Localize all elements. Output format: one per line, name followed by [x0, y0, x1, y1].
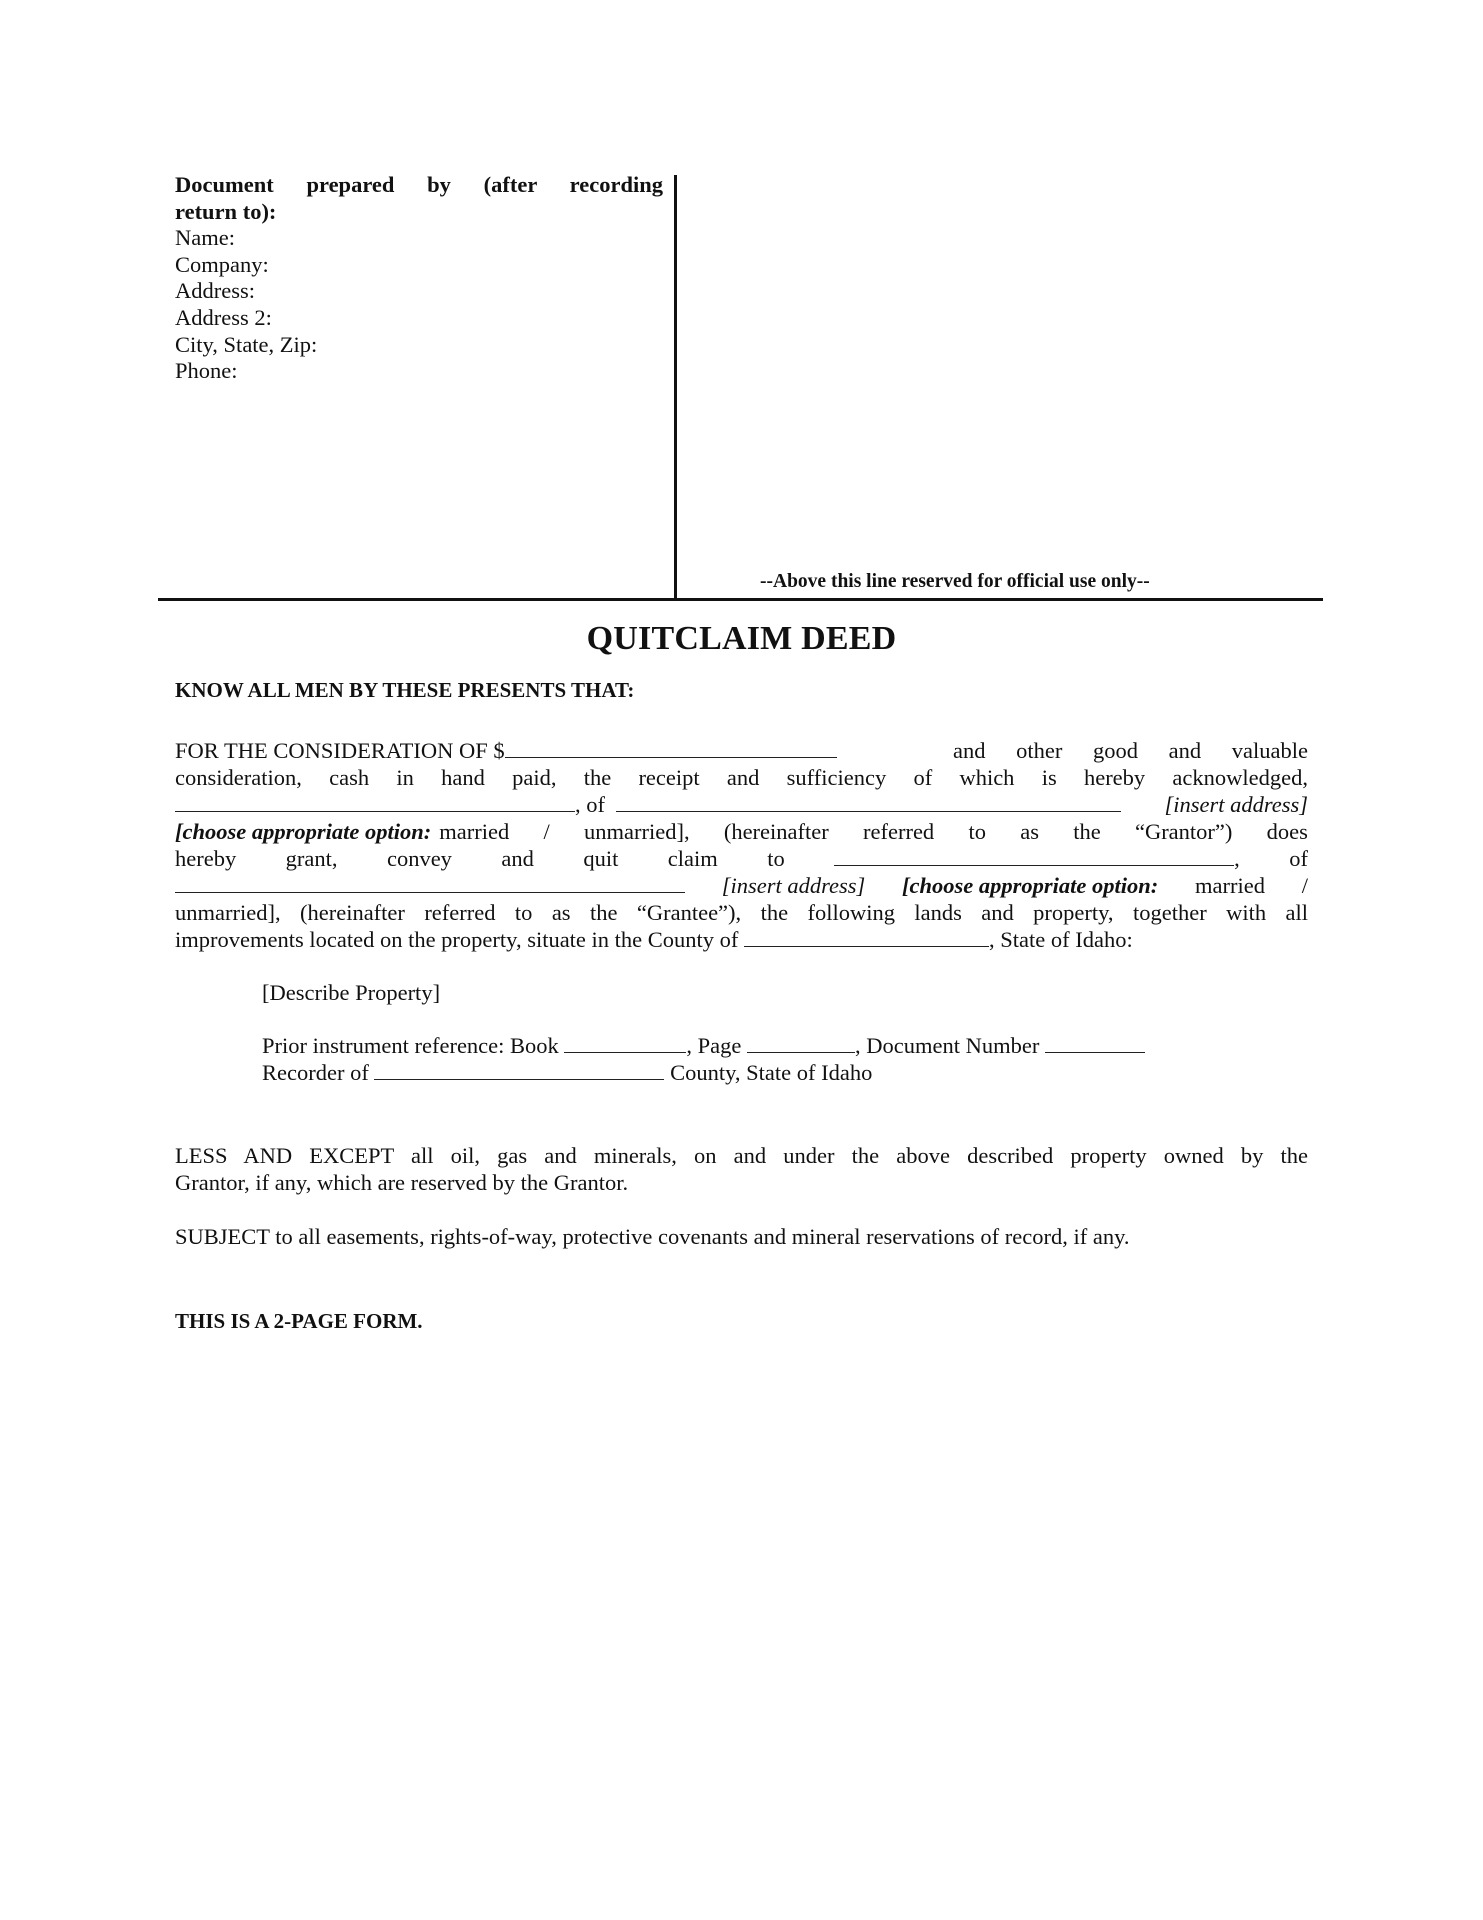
prior-instrument-line: Prior instrument reference: Book , Page … [262, 1032, 1145, 1059]
recorder-county-blank[interactable] [374, 1059, 664, 1080]
county-blank[interactable] [744, 926, 989, 947]
page-blank[interactable] [747, 1032, 855, 1053]
describe-property: [Describe Property] [262, 979, 440, 1006]
prepared-by-heading: Document prepared by (after recording re… [175, 172, 663, 225]
para-line: consideration, cash in hand paid, the re… [175, 764, 1308, 791]
document-title: QUITCLAIM DEED [0, 620, 1483, 658]
para-line: hereby grant, convey and quit claim to ,… [175, 845, 1308, 872]
document-number-blank[interactable] [1045, 1032, 1145, 1053]
grantee-address-blank[interactable] [175, 872, 685, 893]
grantor-name-blank[interactable] [175, 791, 575, 812]
consideration-paragraph: FOR THE CONSIDERATION OF $ andothergooda… [175, 737, 1308, 953]
prepared-by-name-label: Name: [175, 225, 663, 252]
official-use-rule [158, 598, 1323, 601]
book-blank[interactable] [564, 1032, 686, 1053]
recorder-line: Recorder of County, State of Idaho [262, 1059, 872, 1086]
less-and-except-paragraph: LESS AND EXCEPT all oil, gas and mineral… [175, 1142, 1308, 1196]
recording-box-divider [674, 175, 677, 600]
para-line: , of [insert address] [175, 791, 1308, 818]
prepared-by-address2-label: Address 2: [175, 305, 663, 332]
intro-heading: KNOW ALL MEN BY THESE PRESENTS THAT: [175, 678, 634, 703]
subject-paragraph: SUBJECT to all easements, rights-of-way,… [175, 1223, 1308, 1250]
prepared-by-phone-label: Phone: [175, 358, 663, 385]
prepared-by-block: Document prepared by (after recording re… [175, 172, 663, 385]
consideration-amount-blank[interactable] [505, 737, 837, 758]
grantor-address-blank[interactable] [616, 791, 1121, 812]
grantee-name-blank[interactable] [834, 845, 1234, 866]
para-line: [choose appropriate option: married/unma… [175, 818, 1308, 845]
prepared-by-company-label: Company: [175, 252, 663, 279]
official-use-note: --Above this line reserved for official … [760, 571, 1150, 593]
para-line: [insert address] [choose appropriate opt… [175, 872, 1308, 899]
para-line: FOR THE CONSIDERATION OF $ andothergooda… [175, 737, 1308, 764]
para-line: improvements located on the property, si… [175, 926, 1308, 953]
prepared-by-address-label: Address: [175, 278, 663, 305]
para-line: unmarried], (hereinafter referred to as … [175, 899, 1308, 926]
form-page-note: THIS IS A 2-PAGE FORM. [175, 1309, 423, 1334]
prepared-by-city-state-zip-label: City, State, Zip: [175, 332, 663, 359]
